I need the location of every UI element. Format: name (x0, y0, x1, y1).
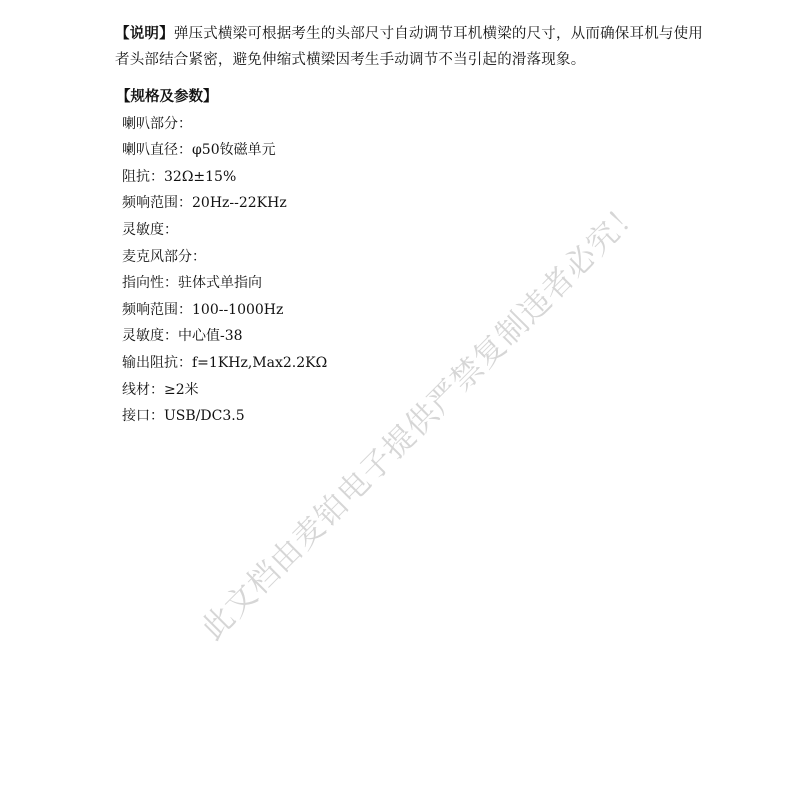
spec-row: 指向性：驻体式单指向 (122, 270, 327, 297)
spec-row: 喇叭部分： (122, 111, 327, 138)
description-text: 弹压式横梁可根据考生的头部尺寸自动调节耳机横梁的尺寸，从而确保耳机与使用者头部结… (115, 26, 703, 68)
spec-row: 输出阻抗：f=1KHz,Max2.2KΩ (122, 350, 327, 377)
spec-row: 麦克风部分： (122, 244, 327, 271)
spec-row: 接口：USB/DC3.5 (122, 403, 327, 430)
document-page: 【说明】弹压式横梁可根据考生的头部尺寸自动调节耳机横梁的尺寸，从而确保耳机与使用… (0, 0, 800, 800)
spec-row: 线材：≥2米 (122, 377, 327, 404)
spec-row: 灵敏度： (122, 217, 327, 244)
specs-section: 【规格及参数】 喇叭部分： 喇叭直径：φ50钕磁单元 阻抗：32Ω±15% 频响… (122, 84, 327, 430)
description-paragraph: 【说明】弹压式横梁可根据考生的头部尺寸自动调节耳机横梁的尺寸，从而确保耳机与使用… (115, 21, 715, 73)
description-label: 【说明】 (115, 25, 174, 42)
spec-row: 喇叭直径：φ50钕磁单元 (122, 137, 327, 164)
spec-row: 频响范围：20Hz--22KHz (122, 190, 327, 217)
specs-heading: 【规格及参数】 (116, 84, 327, 111)
spec-row: 阻抗：32Ω±15% (122, 164, 327, 191)
spec-row: 频响范围：100--1000Hz (122, 297, 327, 324)
spec-row: 灵敏度：中心值-38 (122, 323, 327, 350)
